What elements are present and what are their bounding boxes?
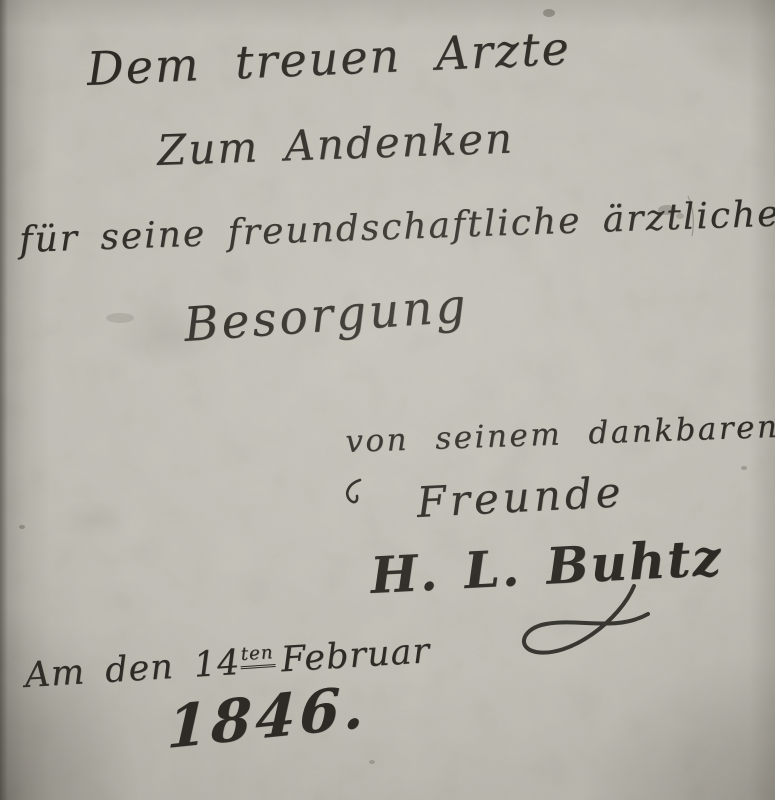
stray-ink-mark — [338, 476, 368, 516]
date-ordinal-suffix: ten — [239, 642, 275, 669]
dedication-recipient-line: Dem treuen Arzte — [86, 21, 572, 96]
dedication-friend-word: Freunde — [415, 467, 625, 527]
dedication-from-line: von seinem dankbaren — [345, 409, 775, 460]
dedication-care-word: Besorgung — [182, 278, 470, 353]
signature-name: H. L. Buhtz — [369, 528, 724, 605]
dedication-keepsake-line: Zum Andenken — [156, 114, 514, 175]
date-year: 1846. — [166, 672, 369, 762]
dedication-reason-line: für seine freundschaftliche ärztliche — [19, 193, 775, 261]
manuscript-photo: Dem treuen Arzte Zum Andenken für seine … — [0, 0, 775, 800]
